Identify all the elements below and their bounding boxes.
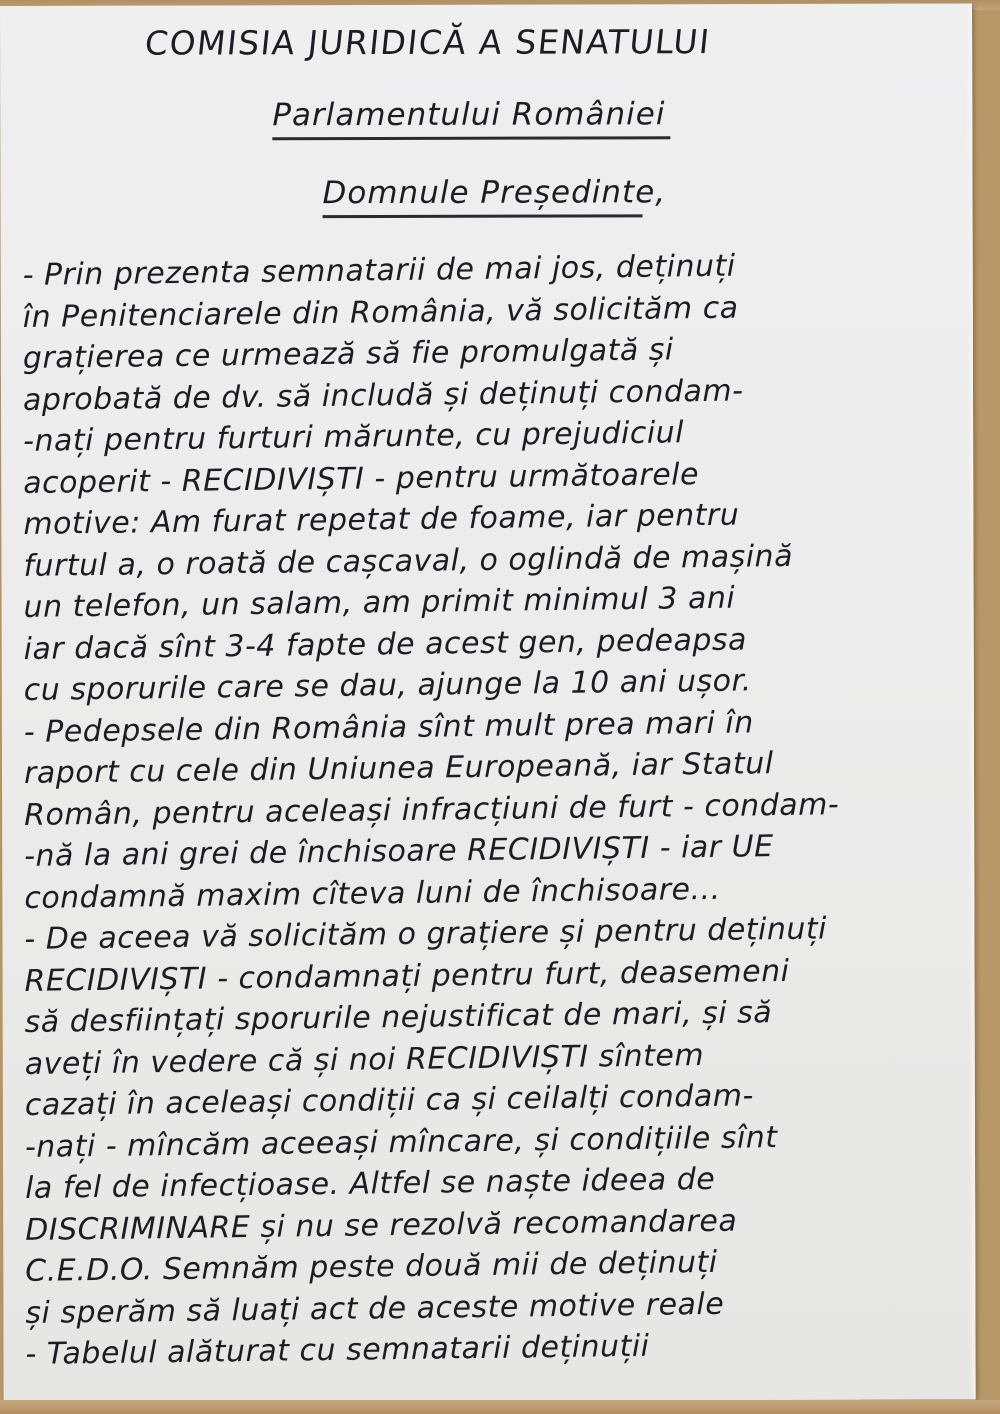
letter-subtitle: Parlamentului României xyxy=(272,96,670,140)
letter-salutation: Domnule Președinte, xyxy=(322,174,642,218)
table-surface-bottom xyxy=(0,1400,1000,1414)
letter-title: COMISIA JURIDICĂ A SENATULUI xyxy=(143,22,712,62)
letter-page: COMISIA JURIDICĂ A SENATULUI Parlamentul… xyxy=(0,3,976,1402)
letter-body: - Prin prezenta semnatarii de mai jos, d… xyxy=(23,253,976,1376)
